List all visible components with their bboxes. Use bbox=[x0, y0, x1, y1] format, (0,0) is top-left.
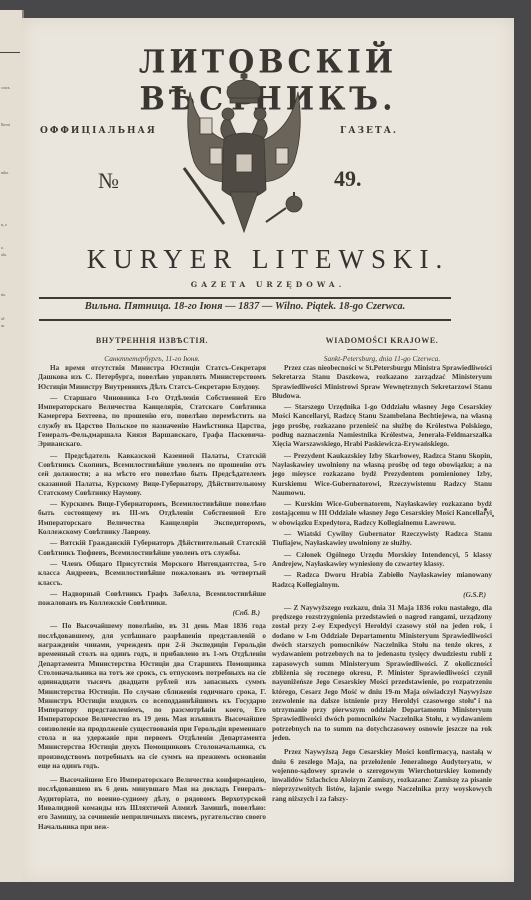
previous-page-edge: cowa. Ikowi nika. n, z o. ala. ńa. al- m… bbox=[0, 10, 24, 882]
article-paragraph: — Членъ Общаго Присутствія Морского Инте… bbox=[38, 560, 266, 588]
article-paragraph: — Высочайшею Его Императорскаго Величест… bbox=[38, 776, 266, 832]
paper-speck bbox=[490, 658, 492, 660]
article-paragraph: — Starszego Urzędnika 1-go Oddziału włas… bbox=[272, 403, 492, 449]
article-dateline: Санктпетербургъ, 11-го Іюня. bbox=[38, 354, 266, 363]
article-paragraph: Przez Naywyższą Jego Cesarskiey Mości ko… bbox=[272, 748, 492, 804]
section-heading: ВНУТРЕННІЯ ИЗВѢСТІЯ. bbox=[38, 336, 266, 345]
dateline-bottom-rule bbox=[39, 319, 451, 321]
previous-page-fragment: nika. bbox=[1, 170, 9, 175]
article-paragraph: Przez czas nieobecności w St.Petersburgu… bbox=[272, 364, 492, 401]
issue-number-label: № bbox=[98, 168, 119, 194]
article-paragraph: — Предсѣдатель Кавказской Казенной Палат… bbox=[38, 452, 266, 498]
newspaper-page: ЛИТОВСКІЙ ВѢСТНИКЪ. ОФФИЦІАЛЬНАЯ ГАЗЕТА.… bbox=[22, 18, 514, 882]
previous-page-fragment: o. bbox=[1, 245, 4, 250]
paper-speck bbox=[474, 698, 476, 700]
previous-page-fragment: cowa. bbox=[1, 85, 10, 90]
source-attribution: (G.S.P.) bbox=[272, 591, 486, 599]
section-heading: WIADOMOŚCI KRAJOWE. bbox=[272, 336, 492, 345]
masthead-title-polish: KURYER LITEWSKI. bbox=[38, 244, 498, 275]
paper-speck bbox=[492, 515, 494, 517]
source-attribution: (Спб. В.) bbox=[38, 609, 260, 617]
paper-speck bbox=[484, 508, 487, 511]
previous-page-fragment: ala. bbox=[1, 252, 7, 257]
issue-dateline: Вильна. Пятница. 18-го Іюня — 1837 — Wil… bbox=[39, 301, 451, 312]
article-paragraph: На время отсутствія Министра Юстиціи Ста… bbox=[38, 364, 266, 392]
right-column-polish: WIADOMOŚCI KRAJOWE. Sankt-Petersburg, dn… bbox=[272, 336, 492, 806]
heading-rule bbox=[347, 349, 417, 350]
article-paragraph: — Prezydent Kaukazskiey Izby Skarbowey, … bbox=[272, 452, 492, 498]
article-paragraph: — Надворный Совѣтникъ Графъ Забелла, Все… bbox=[38, 590, 266, 609]
article-paragraph: — Старшаго Чиновника I-го Отдѣленія Собс… bbox=[38, 394, 266, 450]
article-paragraph: — Członek Ogólnego Urzędu Morskiey Inten… bbox=[272, 551, 492, 570]
previous-page-fragment: al- bbox=[1, 316, 5, 321]
previous-page-fragment: n, z bbox=[1, 222, 7, 227]
previous-page-fragment: ńa. bbox=[1, 292, 6, 297]
dateline-top-rule bbox=[39, 297, 451, 299]
previous-page-fragment: m. bbox=[1, 323, 5, 328]
article-paragraph: — Z Naywyższego rozkazu, dnia 31 Maja 18… bbox=[272, 604, 492, 743]
article-paragraph: — По Высочайшему повелѣнію, въ 31 день М… bbox=[38, 622, 266, 771]
issue-number: 49. bbox=[334, 166, 362, 192]
article-paragraph: — Radzca Dworu Hrabia Zabiełło Nayłaskaw… bbox=[272, 571, 492, 590]
article-paragraph: — Kurskim Wice-Gubernatorem, Nayłaskawie… bbox=[272, 500, 492, 528]
left-column-russian: ВНУТРЕННІЯ ИЗВѢСТІЯ. Санктпетербургъ, 11… bbox=[38, 336, 266, 834]
article-dateline: Sankt-Petersburg, dnia 11-go Czerwca. bbox=[272, 354, 492, 363]
previous-page-fragment: Ikowi bbox=[1, 122, 10, 127]
double-headed-eagle-icon bbox=[180, 72, 310, 242]
article-paragraph: — Курскимъ Вице-Губернаторомъ, Всемилост… bbox=[38, 500, 266, 537]
gazette-label: ГАЗЕТА. bbox=[340, 126, 398, 136]
article-paragraph: — Вятскій Гражданскій Губернаторъ Дѣйств… bbox=[38, 539, 266, 558]
masthead-subtitle-polish: GAZETA URZĘDOWA. bbox=[38, 280, 498, 289]
heading-rule bbox=[117, 349, 187, 350]
article-paragraph: — Wiatski Cywilny Gubernator Rzeczywisty… bbox=[272, 530, 492, 549]
official-label: ОФФИЦІАЛЬНАЯ bbox=[40, 126, 157, 136]
previous-page-rule bbox=[0, 52, 20, 53]
